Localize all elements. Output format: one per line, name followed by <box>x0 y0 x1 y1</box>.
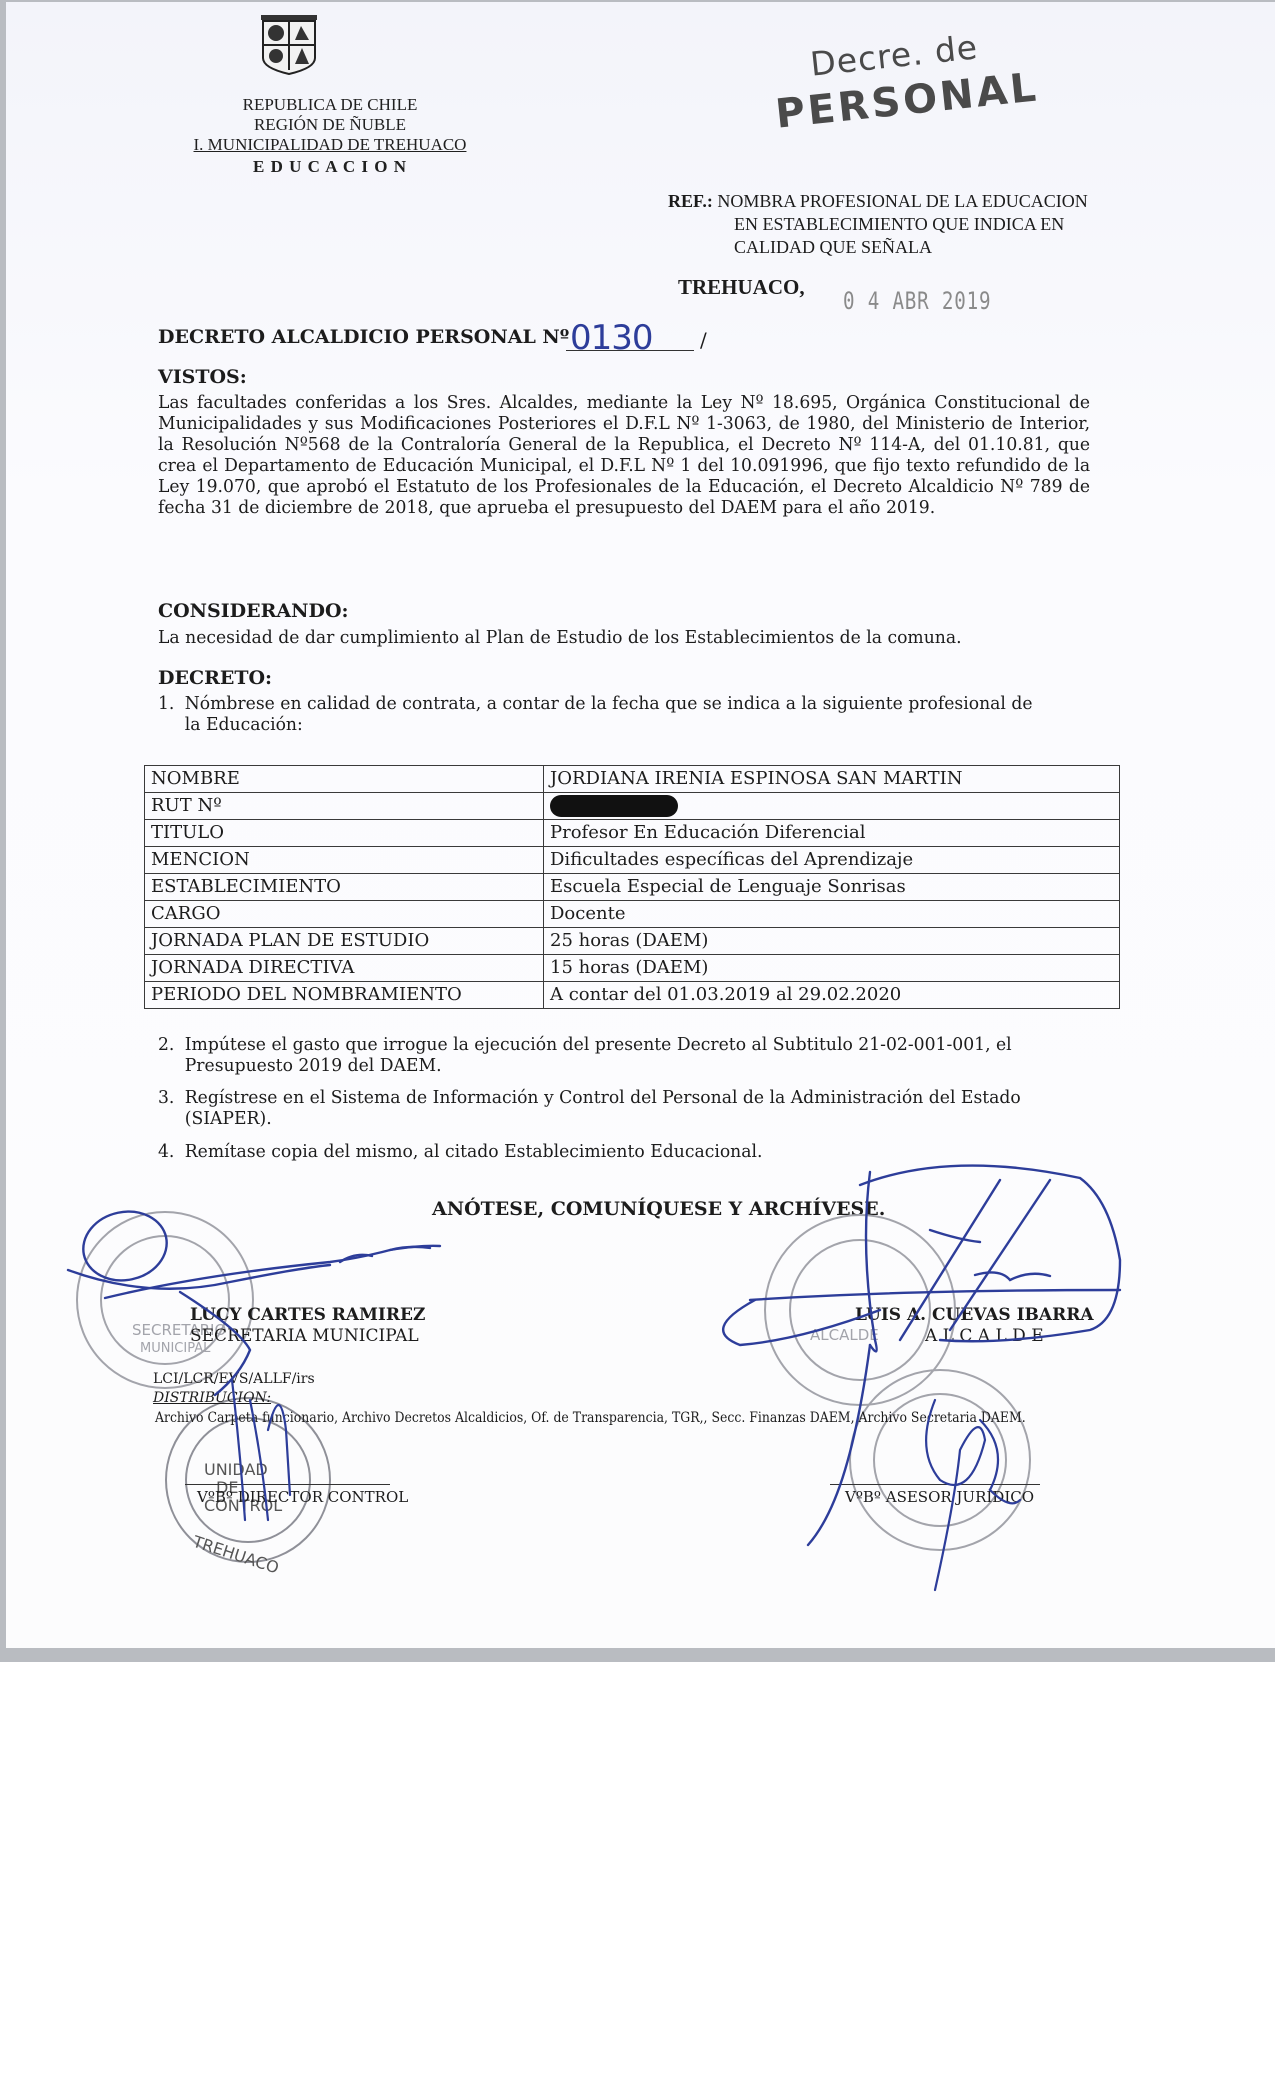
mayor-role: A L C A L D E <box>925 1326 1044 1346</box>
row-value: 15 horas (DAEM) <box>544 955 1120 982</box>
vb-control-line <box>185 1484 390 1485</box>
table-row: MENCIONDificultades específicas del Apre… <box>145 847 1120 874</box>
row-label: PERIODO DEL NOMBRAMIENTO <box>145 982 544 1009</box>
row-value: Profesor En Educación Diferencial <box>544 820 1120 847</box>
ref-line-3: CALIDAD QUE SEÑALA <box>668 236 1088 259</box>
header-republic: REPUBLICA DE CHILE <box>130 95 530 115</box>
decree-number: 0130 <box>570 318 653 358</box>
considerando-text: La necesidad de dar cumplimiento al Plan… <box>158 627 1090 648</box>
mayor-name: LUIS A. CUEVAS IBARRA <box>855 1305 1094 1325</box>
row-label: JORNADA PLAN DE ESTUDIO <box>145 928 544 955</box>
vb-juridico-line <box>830 1484 1040 1485</box>
item-text: Regístrese en el Sistema de Información … <box>185 1087 1021 1108</box>
vb-asesor-juridico: VºBº ASESOR JURÍDICO <box>845 1488 1034 1506</box>
ref-label: REF.: <box>668 191 713 211</box>
header-department: E D U C A C I O N <box>130 157 530 177</box>
item-text: Nómbrese en calidad de contrata, a conta… <box>185 693 1033 714</box>
header-municipality: I. MUNICIPALIDAD DE TREHUACO <box>130 135 530 155</box>
table-row: CARGODocente <box>145 901 1120 928</box>
item-text-continued: (SIAPER). <box>158 1108 1090 1129</box>
table-row: TITULOProfesor En Educación Diferencial <box>145 820 1120 847</box>
decreto-item-2: 2.Impútese el gasto que irrogue la ejecu… <box>158 1034 1090 1076</box>
distribution-list: Archivo Carpeta funcionario, Archivo Dec… <box>155 1410 1026 1426</box>
initials: LCI/LCR/EVS/ALLF/irs <box>153 1371 315 1387</box>
table-row: NOMBREJORDIANA IRENIA ESPINOSA SAN MARTI… <box>145 766 1120 793</box>
vistos-text: Las facultades conferidas a los Sres. Al… <box>158 392 1090 518</box>
table-row: JORNADA DIRECTIVA15 horas (DAEM) <box>145 955 1120 982</box>
row-label: ESTABLECIMIENTO <box>145 874 544 901</box>
secretary-role: SECRETARIA MUNICIPAL <box>190 1326 419 1346</box>
decreto-item-1: 1.Nómbrese en calidad de contrata, a con… <box>158 693 1090 735</box>
row-value: A contar del 01.03.2019 al 29.02.2020 <box>544 982 1120 1009</box>
reference-block: REF.: NOMBRA PROFESIONAL DE LA EDUCACION… <box>668 190 1088 259</box>
row-value: 25 horas (DAEM) <box>544 928 1120 955</box>
decreto-item-4: 4.Remítase copia del mismo, al citado Es… <box>158 1141 1090 1162</box>
table-row: PERIODO DEL NOMBRAMIENTOA contar del 01.… <box>145 982 1120 1009</box>
row-value: Docente <box>544 901 1120 928</box>
row-label: NOMBRE <box>145 766 544 793</box>
table-row: ESTABLECIMIENTOEscuela Especial de Lengu… <box>145 874 1120 901</box>
decree-number-line <box>566 350 694 351</box>
decree-slash: / <box>700 328 707 352</box>
row-label: CARGO <box>145 901 544 928</box>
city: TREHUACO, <box>678 275 805 300</box>
item-text-continued: Presupuesto 2019 del DAEM. <box>158 1055 1090 1076</box>
decreto-item-3: 3.Regístrese en el Sistema de Informació… <box>158 1087 1090 1129</box>
row-label: RUT Nº <box>145 793 544 820</box>
ref-line-2: EN ESTABLECIMIENTO QUE INDICA EN <box>668 213 1088 236</box>
appointment-table: NOMBREJORDIANA IRENIA ESPINOSA SAN MARTI… <box>144 765 1120 1009</box>
item-number: 2. <box>158 1034 185 1055</box>
distribution-title: DISTRIBUCION: <box>153 1390 271 1406</box>
coat-of-arms-icon <box>257 14 321 76</box>
decreto-title: DECRETO: <box>158 667 272 689</box>
header-region: REGIÓN DE ÑUBLE <box>130 115 530 135</box>
vb-director-control: VºBº DIRECTOR CONTROL <box>197 1488 408 1506</box>
row-label: TITULO <box>145 820 544 847</box>
item-text: Impútese el gasto que irrogue la ejecuci… <box>185 1034 1012 1055</box>
item-number: 1. <box>158 693 185 714</box>
date-stamp: 0 4 ABR 2019 <box>843 287 991 315</box>
table-row: JORNADA PLAN DE ESTUDIO25 horas (DAEM) <box>145 928 1120 955</box>
ref-line-1: NOMBRA PROFESIONAL DE LA EDUCACION <box>717 191 1087 211</box>
secretary-name: LUCY CARTES RAMIREZ <box>190 1305 425 1325</box>
item-number: 3. <box>158 1087 185 1108</box>
vistos-title: VISTOS: <box>158 366 247 388</box>
considerando-title: CONSIDERANDO: <box>158 600 349 622</box>
row-label: JORNADA DIRECTIVA <box>145 955 544 982</box>
row-value: Escuela Especial de Lenguaje Sonrisas <box>544 874 1120 901</box>
redacted-rut <box>550 795 678 817</box>
row-label: MENCION <box>145 847 544 874</box>
row-value: Dificultades específicas del Aprendizaje <box>544 847 1120 874</box>
decree-title: DECRETO ALCALDICIO PERSONAL Nº <box>158 326 569 348</box>
row-value: JORDIANA IRENIA ESPINOSA SAN MARTIN <box>544 766 1120 793</box>
item-text-continued: la Educación: <box>158 714 1090 735</box>
item-number: 4. <box>158 1141 185 1162</box>
item-text: Remítase copia del mismo, al citado Esta… <box>185 1141 763 1162</box>
row-value <box>544 793 1120 820</box>
table-row: RUT Nº <box>145 793 1120 820</box>
closing-formula: ANÓTESE, COMUNÍQUESE Y ARCHÍVESE. <box>432 1198 885 1220</box>
